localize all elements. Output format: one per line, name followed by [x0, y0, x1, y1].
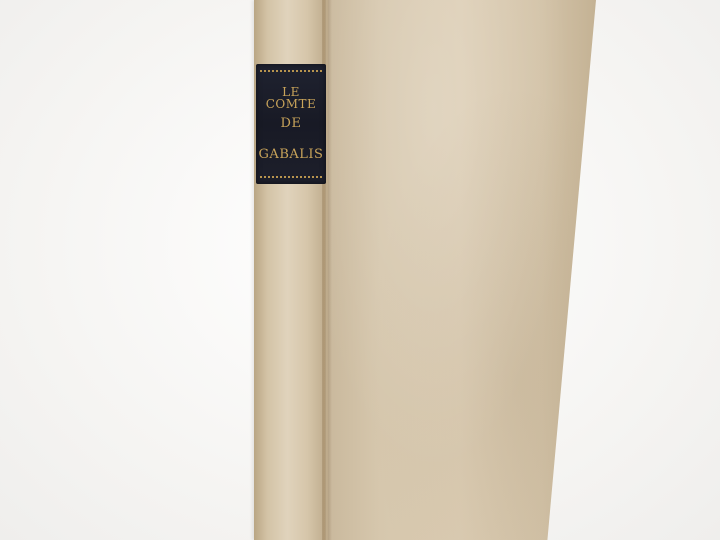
book-front-cover: [326, 0, 596, 540]
gilt-rule-top: [260, 70, 322, 72]
book: LE COMTE DE GABALIS: [0, 0, 720, 540]
photo-scene: LE COMTE DE GABALIS: [0, 0, 720, 540]
label-line-3: GABALIS: [256, 148, 326, 161]
label-line-2: DE: [256, 117, 326, 130]
label-line-1: LE COMTE: [256, 86, 326, 110]
gilt-rule-bottom: [260, 176, 322, 178]
spine-title-label: LE COMTE DE GABALIS: [256, 64, 326, 184]
